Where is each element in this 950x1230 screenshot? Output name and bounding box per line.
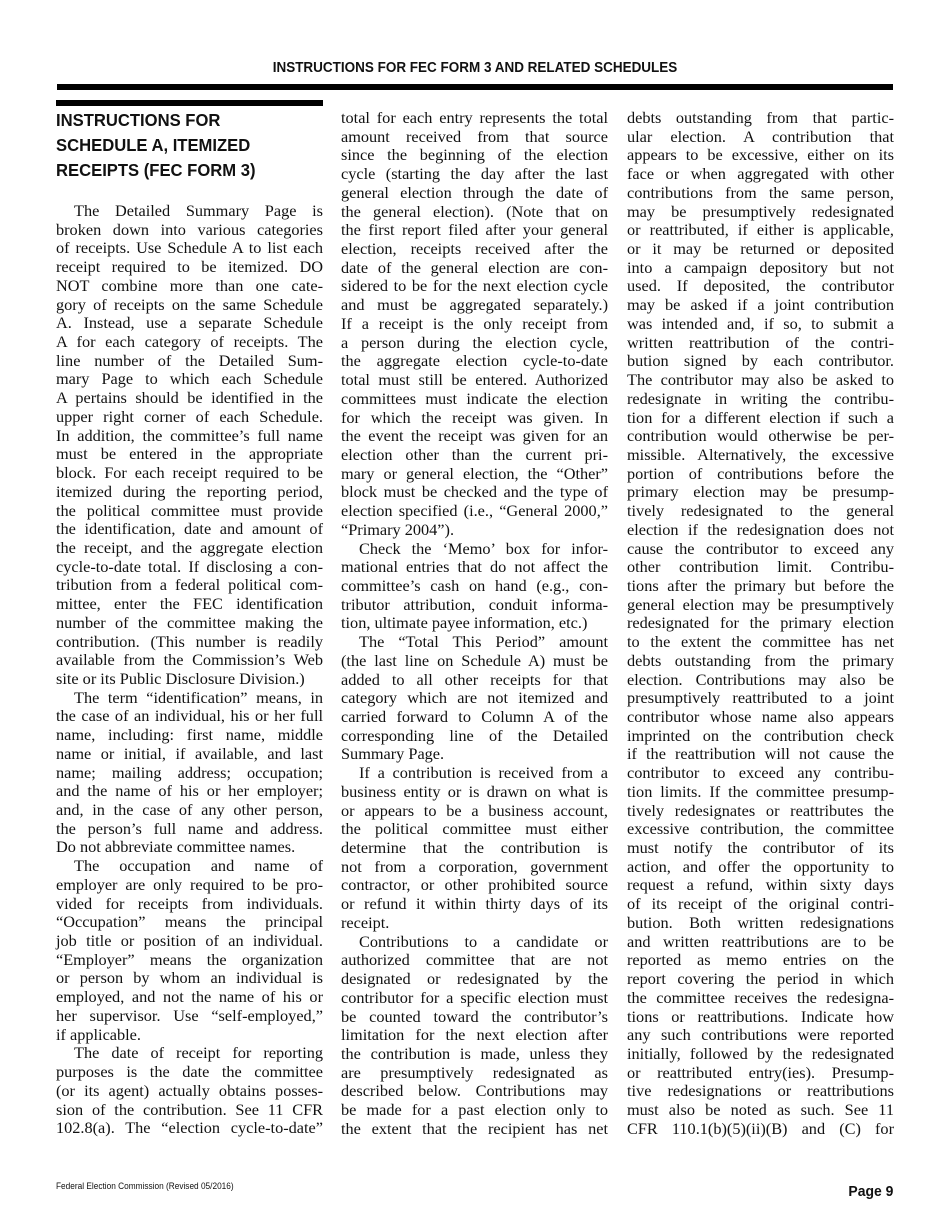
text-line: tributor attribution, conduit informa- <box>341 596 608 615</box>
text-line: the extent that the recipient has net <box>341 1120 608 1139</box>
text-line: purposes is the date the committee <box>56 1063 323 1082</box>
text-line: employed, and not the name of his or <box>56 988 323 1007</box>
text-line: receipt required to be itemized. DO <box>56 258 323 277</box>
text-line: In addition, the committee’s full name <box>56 427 323 446</box>
text-line: or it may be returned or deposited <box>627 240 894 259</box>
section-title-line: SCHEDULE A, ITEMIZED <box>56 133 313 158</box>
text-line: ular election. A contribution that <box>627 128 894 147</box>
text-line: Check the ‘Memo’ box for infor- <box>341 540 608 559</box>
text-line: added to all other receipts for that <box>341 671 608 690</box>
text-line: other contribution limit. Contribu- <box>627 558 894 577</box>
text-line: tion, ultimate payee information, etc.) <box>341 614 608 633</box>
text-line: the event the receipt was given for an <box>341 427 608 446</box>
text-line: tribution from a federal political com- <box>56 576 323 595</box>
text-line: name; mailing address; occupation; <box>56 764 323 783</box>
text-line: election specified (i.e., “General 2000,… <box>341 502 608 521</box>
text-line: action, and offer the opportunity to <box>627 858 894 877</box>
text-line: bution signed by each contributor. <box>627 352 894 371</box>
text-line: cycle (starting the day after the last <box>341 165 608 184</box>
text-line: Summary Page. <box>341 745 608 764</box>
text-line: for which the receipt was given. In <box>341 409 608 428</box>
text-line: redesignate in writing the contribu- <box>627 390 894 409</box>
text-line: used. If deposited, the contributor <box>627 277 894 296</box>
text-line: the receipt, and the aggregate election <box>56 539 323 558</box>
text-line: NOT combine more than one cate- <box>56 277 323 296</box>
top-rule <box>57 84 893 90</box>
text-line: or appears to be a business account, <box>341 802 608 821</box>
section-rule <box>56 100 323 106</box>
text-line: sion of the contribution. See 11 CFR <box>56 1101 323 1120</box>
text-line: mary or general election, the “Other” <box>341 465 608 484</box>
text-line: tion for a different election if such a <box>627 409 894 428</box>
text-line: and the name of his or her employer; <box>56 782 323 801</box>
text-line: excessive contribution, the committee <box>627 820 894 839</box>
text-line: “Primary 2004”). <box>341 521 608 540</box>
text-line: debts outstanding from the primary <box>627 652 894 671</box>
text-line: must notify the contributor of its <box>627 839 894 858</box>
text-line: site or its Public Disclosure Division.) <box>56 670 323 689</box>
text-line: into a campaign depository but not <box>627 259 894 278</box>
text-line: total for each entry represents the tota… <box>341 109 608 128</box>
text-line: described below. Contributions may <box>341 1082 608 1101</box>
text-line: itemized during the reporting period, <box>56 483 323 502</box>
text-line: contributor whose name also appears <box>627 708 894 727</box>
text-line: amount received from that source <box>341 128 608 147</box>
text-line: of its receipt of the original contri- <box>627 895 894 914</box>
text-line: tive redesignations or reattributions <box>627 1082 894 1101</box>
text-line: be counted toward the contributor’s <box>341 1008 608 1027</box>
text-line: presumptively reattributed to a joint <box>627 689 894 708</box>
text-line: Do not abbreviate committee names. <box>56 838 323 857</box>
text-line: the identification, date and amount of <box>56 520 323 539</box>
text-line: corresponding line of the Detailed <box>341 727 608 746</box>
text-line: cycle-to-date total. If disclosing a con… <box>56 558 323 577</box>
text-line: contributions from the same person, <box>627 184 894 203</box>
text-line: redesignated for the primary election <box>627 614 894 633</box>
text-line: reported as memo entries on the <box>627 951 894 970</box>
text-line: job title or position of an individual. <box>56 932 323 951</box>
text-line: cause the contributor to exceed any <box>627 540 894 559</box>
text-line: or reattributed, if either is applicable… <box>627 221 894 240</box>
text-line: may be asked if a joint contribution <box>627 296 894 315</box>
footer-publisher: Federal Election Commission (Revised 05/… <box>56 1181 234 1191</box>
text-line: mational entries that do not affect the <box>341 558 608 577</box>
text-line: initially, followed by the redesignated <box>627 1045 894 1064</box>
text-line: contractor, or other prohibited source <box>341 876 608 895</box>
text-line: request a refund, within sixty days <box>627 876 894 895</box>
text-line: general election through the date of <box>341 184 608 203</box>
text-line: primary election may be presump- <box>627 483 894 502</box>
text-line: broken down into various categories <box>56 221 323 240</box>
text-line: contribution would otherwise be per- <box>627 427 894 446</box>
text-line: category which are not itemized and <box>341 689 608 708</box>
section-title: INSTRUCTIONS FOR SCHEDULE A, ITEMIZED RE… <box>56 108 313 183</box>
text-line: Contributions to a candidate or <box>341 933 608 952</box>
section-title-line: RECEIPTS (FEC FORM 3) <box>56 158 313 183</box>
text-line: the aggregate election cycle-to-date <box>341 352 608 371</box>
text-line: tion limits. If the committee presump- <box>627 783 894 802</box>
text-line: business entity or is drawn on what is <box>341 783 608 802</box>
text-line: contributor to exceed any contribu- <box>627 764 894 783</box>
text-column-3: debts outstanding from that partic-ular … <box>627 109 894 1139</box>
text-line: receipt. <box>341 914 608 933</box>
text-line: the contribution is made, unless they <box>341 1045 608 1064</box>
text-line: tions after the primary but before the <box>627 577 894 596</box>
text-line: CFR 110.1(b)(5)(ii)(B) and (C) for <box>627 1120 894 1139</box>
text-line: and, in the case of any other person, <box>56 801 323 820</box>
text-line: or reattributed entry(ies). Presump- <box>627 1064 894 1083</box>
text-line: to the extent the committee has net <box>627 633 894 652</box>
text-line: portion of contributions before the <box>627 465 894 484</box>
text-line: any such contributions were reported <box>627 1026 894 1045</box>
text-line: name, including: first name, middle <box>56 726 323 745</box>
text-line: report covering the period in which <box>627 970 894 989</box>
text-line: election if the redesignation does not <box>627 521 894 540</box>
text-line: if the reattribution will not cause the <box>627 745 894 764</box>
text-line: if applicable. <box>56 1026 323 1045</box>
text-line: debts outstanding from that partic- <box>627 109 894 128</box>
text-line: the person’s full name and address. <box>56 820 323 839</box>
text-line: gory of receipts on the same Schedule <box>56 296 323 315</box>
text-line: The term “identification” means, in <box>56 689 323 708</box>
text-line: election, receipts received after the <box>341 240 608 259</box>
text-line: The contributor may also be asked to <box>627 371 894 390</box>
text-line: limitation for the next election after <box>341 1026 608 1045</box>
text-line: determine that the contribution is <box>341 839 608 858</box>
text-line: number of the committee making the <box>56 614 323 633</box>
text-line: If a contribution is received from a <box>341 764 608 783</box>
text-line: “Employer” means the organization <box>56 951 323 970</box>
section-title-line: INSTRUCTIONS FOR <box>56 108 313 133</box>
text-line: may be presumptively redesignated <box>627 203 894 222</box>
text-line: election. Contributions may also be <box>627 671 894 690</box>
text-line: must also be noted as such. See 11 <box>627 1101 894 1120</box>
text-line: imprinted on the contribution check <box>627 727 894 746</box>
text-line: 102.8(a). The “election cycle-to-date” <box>56 1119 323 1138</box>
text-line: the first report filed after your genera… <box>341 221 608 240</box>
text-line: bution. Both written redesignations <box>627 914 894 933</box>
text-column-2: total for each entry represents the tota… <box>341 109 608 1139</box>
text-line: (or its agent) actually obtains posses- <box>56 1082 323 1101</box>
text-line: and must be aggregated separately.) <box>341 296 608 315</box>
running-head: INSTRUCTIONS FOR FEC FORM 3 AND RELATED … <box>33 60 917 76</box>
text-line: are presumptively redesignated as <box>341 1064 608 1083</box>
text-line: The “Total This Period” amount <box>341 633 608 652</box>
text-line: the political committee must either <box>341 820 608 839</box>
text-line: since the beginning of the election <box>341 146 608 165</box>
text-line: contributor for a specific election must <box>341 989 608 1008</box>
text-line: (the last line on Schedule A) must be <box>341 652 608 671</box>
text-line: her supervisor. Use “self-employed,” <box>56 1007 323 1026</box>
text-line: the political committee must provide <box>56 502 323 521</box>
text-line: of receipts. Use Schedule A to list each <box>56 239 323 258</box>
text-line: name or initial, if available, and last <box>56 745 323 764</box>
text-line: the case of an individual, his or her fu… <box>56 707 323 726</box>
text-line: If a receipt is the only receipt from <box>341 315 608 334</box>
text-line: vided for receipts from individuals. <box>56 895 323 914</box>
text-line: A for each category of receipts. The <box>56 333 323 352</box>
text-line: tively redesignates or reattributes the <box>627 802 894 821</box>
text-line: appears to be excessive, either on its <box>627 146 894 165</box>
text-line: sidered to be for the next election cycl… <box>341 277 608 296</box>
text-column-1: The Detailed Summary Page isbroken down … <box>56 202 323 1138</box>
text-line: missible. Alternatively, the excessive <box>627 446 894 465</box>
text-line: A. Instead, use a separate Schedule <box>56 314 323 333</box>
text-line: designated or redesignated by the <box>341 970 608 989</box>
text-line: a person during the election cycle, <box>341 334 608 353</box>
text-line: employer are only required to be pro- <box>56 876 323 895</box>
text-line: committee’s cash on hand (e.g., con- <box>341 577 608 596</box>
text-line: The occupation and name of <box>56 857 323 876</box>
text-line: line number of the Detailed Sum- <box>56 352 323 371</box>
text-line: carried forward to Column A of the <box>341 708 608 727</box>
text-line: must be entered in the appropriate <box>56 445 323 464</box>
text-line: date of the general election are con- <box>341 259 608 278</box>
text-line: the committee receives the redesigna- <box>627 989 894 1008</box>
text-line: block. For each receipt required to be <box>56 464 323 483</box>
text-line: A pertains should be identified in the <box>56 389 323 408</box>
text-line: tions or reattributions. Indicate how <box>627 1008 894 1027</box>
text-line: general election may be presumptively <box>627 596 894 615</box>
text-line: The date of receipt for reporting <box>56 1044 323 1063</box>
text-line: mary Page to which each Schedule <box>56 370 323 389</box>
text-line: “Occupation” means the principal <box>56 913 323 932</box>
page-number: Page 9 <box>848 1183 893 1200</box>
text-line: total must still be entered. Authorized <box>341 371 608 390</box>
text-line: upper right corner of each Schedule. <box>56 408 323 427</box>
text-line: face or when aggregated with other <box>627 165 894 184</box>
text-line: and written reattributions are to be <box>627 933 894 952</box>
text-line: not from a corporation, government <box>341 858 608 877</box>
text-line: election other than the current pri- <box>341 446 608 465</box>
text-line: committees must indicate the election <box>341 390 608 409</box>
text-line: mittee, enter the FEC identification <box>56 595 323 614</box>
text-line: The Detailed Summary Page is <box>56 202 323 221</box>
text-line: available from the Commission’s Web <box>56 651 323 670</box>
text-line: was intended and, if so, to submit a <box>627 315 894 334</box>
text-line: or refund it within thirty days of its <box>341 895 608 914</box>
text-line: be made for a past election only to <box>341 1101 608 1120</box>
text-line: contribution. (This number is readily <box>56 633 323 652</box>
text-line: block must be checked and the type of <box>341 483 608 502</box>
text-line: tively redesignated to the general <box>627 502 894 521</box>
text-line: written reattribution of the contri- <box>627 334 894 353</box>
text-line: authorized committee that are not <box>341 951 608 970</box>
text-line: the general election). (Note that on <box>341 203 608 222</box>
text-line: or person by whom an individual is <box>56 969 323 988</box>
